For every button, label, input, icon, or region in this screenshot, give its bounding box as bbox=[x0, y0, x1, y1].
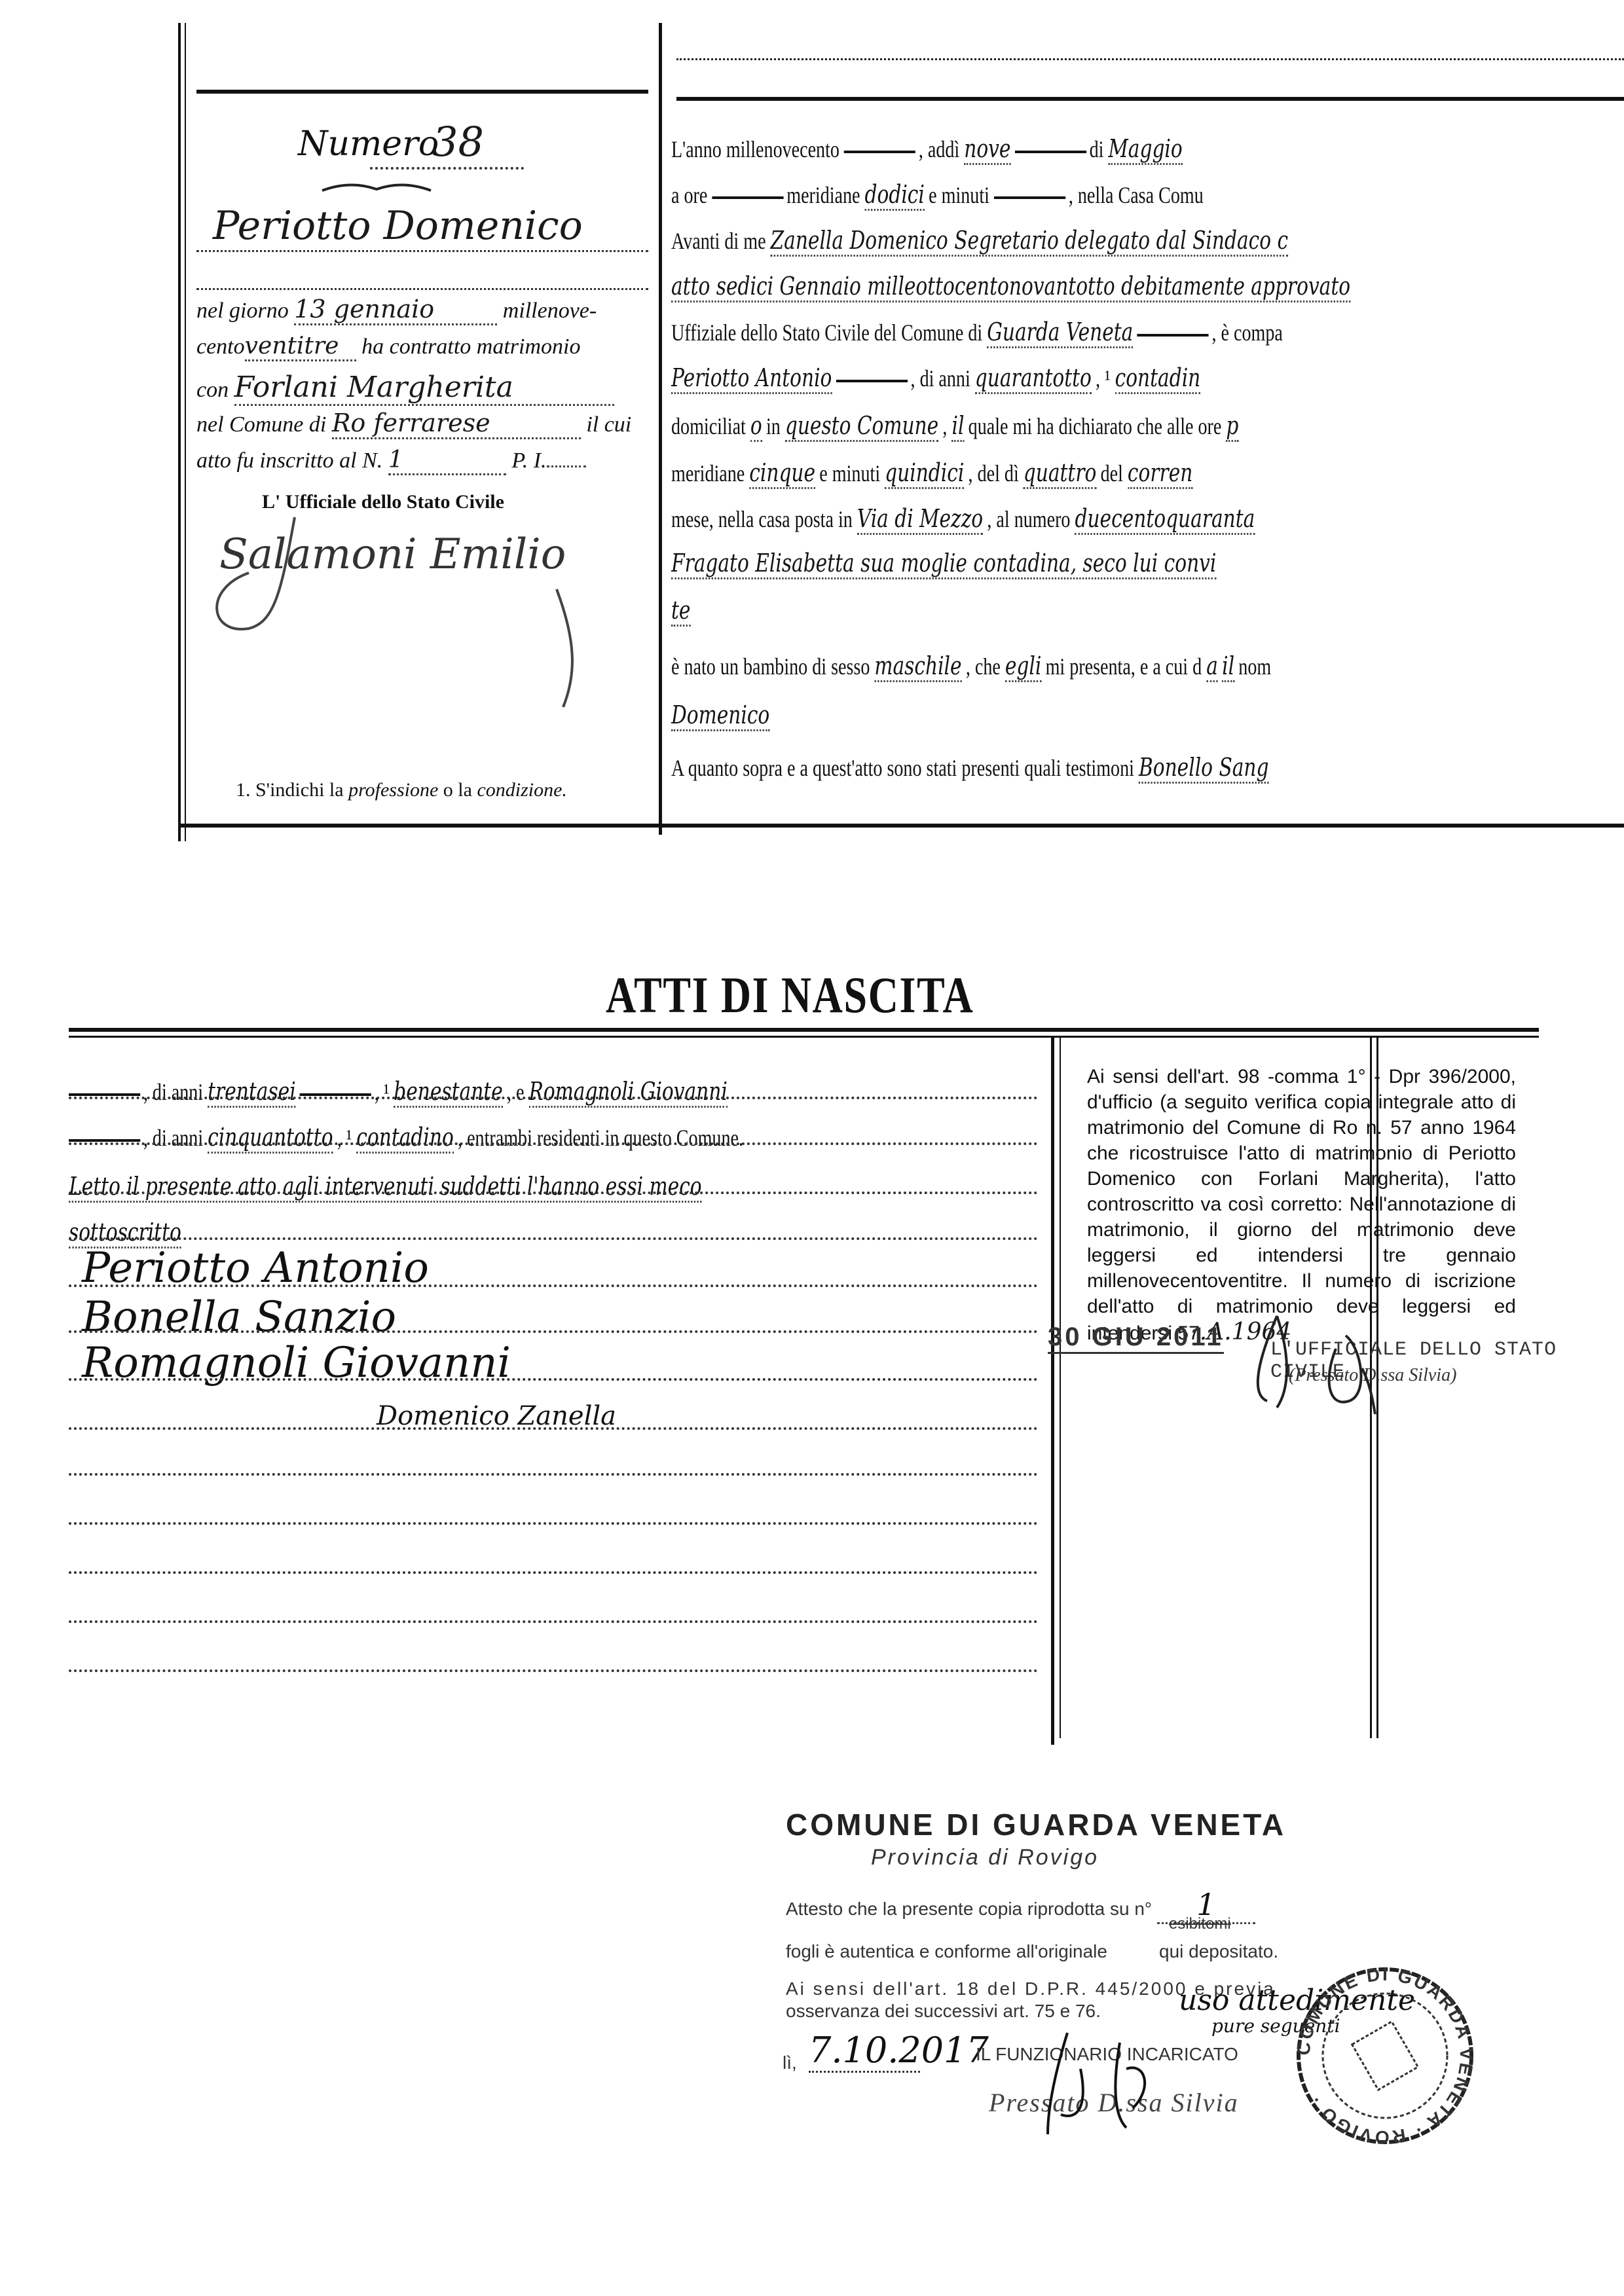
handwritten-entry: Periotto Antonio bbox=[671, 363, 832, 394]
cento-label: cento bbox=[196, 335, 245, 359]
printed-text: , di anni bbox=[143, 1125, 208, 1151]
stamp-line-4: osservanza dei successivi art. 75 e 76. bbox=[786, 2001, 1101, 2022]
column-divider bbox=[659, 23, 662, 835]
handwritten-entry: trentasei bbox=[208, 1077, 296, 1108]
form-line: atto sedici Gennaio milleottocentonovant… bbox=[671, 272, 1547, 302]
marriage-town-label: nel Comune di bbox=[196, 412, 326, 437]
child-name-underline bbox=[196, 250, 648, 252]
empty-dotted-line bbox=[69, 1669, 1038, 1672]
printed-text: , al numero bbox=[987, 506, 1075, 532]
officer-signature-mark bbox=[1231, 1309, 1414, 1421]
printed-text: , di anni bbox=[143, 1079, 208, 1105]
certification-stamp: COMUNE DI GUARDA VENETA Provincia di Rov… bbox=[773, 1807, 1624, 2265]
register-number-label: atto fu inscritto al N. bbox=[196, 448, 382, 473]
handwritten-entry: nove bbox=[964, 134, 1010, 165]
form-line-rule bbox=[69, 1142, 1038, 1145]
marriage-town-value: Ro ferrarese bbox=[332, 409, 581, 439]
handwritten-entry: Romagnoli Giovanni bbox=[529, 1077, 728, 1108]
handwritten-entry: corren bbox=[1128, 458, 1192, 489]
part-label: P. I. bbox=[511, 448, 546, 473]
form-line: è nato un bambino di sesso maschile, che… bbox=[671, 651, 1441, 682]
spouse-label: con bbox=[196, 378, 229, 402]
marriage-year-value: ventitre bbox=[245, 333, 356, 361]
handwritten-entry: Guarda Veneta bbox=[987, 318, 1133, 348]
form-line-rule bbox=[69, 1192, 1038, 1194]
title-rule bbox=[69, 1028, 1539, 1032]
signature-line bbox=[69, 1285, 1038, 1287]
blank-dash bbox=[300, 1093, 371, 1096]
form-line: L'anno millenovecento , addì novedi Magg… bbox=[671, 134, 1332, 165]
handwritten-entry: il bbox=[1222, 651, 1234, 682]
handwritten-entry: questo Comune bbox=[785, 411, 938, 442]
blank-dash bbox=[994, 196, 1065, 199]
printed-text: , addì bbox=[919, 136, 964, 162]
handwritten-entry: te bbox=[671, 596, 690, 627]
date-stamp: 30 GIU 2011 bbox=[1048, 1322, 1224, 1354]
top-rule-right bbox=[676, 97, 1624, 101]
stamp-header: COMUNE DI GUARDA VENETA bbox=[786, 1807, 1286, 1842]
printed-text: , entrambi residenti in questo Comune. bbox=[458, 1125, 743, 1151]
stamp-province: Provincia di Rovigo bbox=[871, 1845, 1099, 1870]
marriage-day-value: 13 gennaio bbox=[294, 295, 497, 325]
printed-text: , ¹ bbox=[375, 1079, 394, 1105]
numero-underline bbox=[370, 167, 524, 170]
form-line: mese, nella casa posta in Via di Mezzo, … bbox=[671, 504, 1425, 535]
form-line-rule bbox=[69, 1097, 1038, 1099]
stamp-date: 7.10.2017 bbox=[809, 2030, 920, 2073]
handwritten-entry: Maggio bbox=[1108, 134, 1182, 165]
printed-text: di bbox=[1090, 136, 1109, 162]
signature-flourish bbox=[210, 511, 602, 720]
svg-text:COMUNE DI GUARDA VENETA · ROVI: COMUNE DI GUARDA VENETA · ROVIGO · bbox=[1293, 1964, 1477, 2148]
form-line: Avanti di me Zanella Domenico Segretario… bbox=[671, 226, 1467, 257]
form-line: , di anni cinquantotto, ¹ contadino, ent… bbox=[69, 1123, 933, 1154]
contracted-marriage-label: ha contratto matrimonio bbox=[361, 335, 580, 359]
title-rule-thin bbox=[69, 1036, 1539, 1038]
handwritten-entry: p bbox=[1226, 411, 1238, 442]
empty-dotted-line bbox=[69, 1571, 1038, 1574]
il-cui-label: il cui bbox=[586, 412, 631, 437]
printed-text: nom bbox=[1238, 653, 1271, 680]
empty-dotted-line bbox=[69, 1473, 1038, 1476]
form-line-rule bbox=[69, 1237, 1038, 1240]
blank-dash bbox=[712, 196, 783, 199]
stamp-line-1-right: esibitomi bbox=[1169, 1915, 1231, 1933]
blank-dotted-line bbox=[196, 288, 648, 290]
blank-dash bbox=[844, 151, 915, 153]
correction-annotation: Ai sensi dell'art. 98 -comma 1° - Dpr 39… bbox=[1087, 1064, 1516, 1346]
printed-text: , ¹ bbox=[1096, 365, 1115, 392]
printed-text: e minuti bbox=[819, 460, 885, 486]
printed-text: Avanti di me bbox=[671, 228, 771, 254]
ornament-flourish bbox=[321, 180, 432, 197]
left-border bbox=[178, 23, 186, 841]
printed-text: domiciliat bbox=[671, 413, 750, 439]
top-dotted-rule bbox=[676, 58, 1624, 60]
printed-text: , del dì bbox=[969, 460, 1024, 486]
seal-text: COMUNE DI GUARDA VENETA · ROVIGO · bbox=[1293, 1964, 1477, 2148]
form-line: Periotto Antonio, di anni quarantotto, ¹… bbox=[671, 363, 1355, 394]
blank-dash bbox=[836, 380, 908, 382]
printed-text: L'anno millenovecento bbox=[671, 136, 844, 162]
footnote-text-b: o la bbox=[443, 779, 472, 801]
printed-text: a ore bbox=[671, 182, 712, 208]
printed-text: e minuti bbox=[929, 182, 994, 208]
annotation-divider bbox=[1051, 1038, 1054, 1745]
stamp-line-2-right: qui depositato. bbox=[1159, 1941, 1278, 1962]
printed-text: del bbox=[1101, 460, 1128, 486]
handwritten-entry: Domenico bbox=[671, 701, 769, 731]
marriage-note-line-2: centoventitre ha contratto matrimonio bbox=[196, 333, 580, 361]
officer-label: L' Ufficiale dello Stato Civile bbox=[262, 491, 504, 513]
form-line: Letto il presente atto agli intervenuti … bbox=[69, 1172, 885, 1203]
form-line: a ore meridiane dodicie minuti , nella C… bbox=[671, 180, 1354, 211]
handwritten-entry: contadin bbox=[1115, 363, 1201, 394]
empty-dotted-line bbox=[69, 1522, 1038, 1525]
handwritten-entry: contadino bbox=[356, 1123, 454, 1154]
handwritten-entry: egli bbox=[1005, 651, 1041, 682]
blank-dash bbox=[69, 1093, 140, 1096]
printed-text: in bbox=[766, 413, 785, 439]
bottom-rule bbox=[181, 824, 1624, 828]
signature-line bbox=[69, 1427, 1038, 1430]
printed-text: Uffiziale dello Stato Civile del Comune … bbox=[671, 319, 987, 346]
handwritten-entry: duecentoquaranta bbox=[1075, 504, 1255, 535]
printed-text: mi presenta, e a cui d bbox=[1046, 653, 1207, 680]
handwritten-entry: benestante bbox=[394, 1077, 502, 1108]
register-number-value: 1 bbox=[388, 446, 506, 475]
birth-act-body: L'anno millenovecento , addì novedi Magg… bbox=[671, 105, 1624, 812]
form-line: te bbox=[671, 596, 701, 627]
printed-text: meridiane bbox=[671, 460, 749, 486]
handwritten-entry: Via di Mezzo bbox=[857, 504, 983, 535]
form-line: Fragato Elisabetta sua moglie contadina,… bbox=[671, 549, 1375, 579]
footnote-number: 1. bbox=[236, 779, 251, 801]
marriage-note-line-3: con Forlani Margherita bbox=[196, 371, 614, 406]
printed-text: , che bbox=[966, 653, 1005, 680]
marriage-note-line-5: atto fu inscritto al N. 1 P. I. bbox=[196, 446, 586, 475]
marriage-day-label: nel giorno bbox=[196, 299, 289, 323]
footnote: 1. S'indichi la professione o la condizi… bbox=[236, 779, 567, 801]
child-name: Periotto Domenico bbox=[213, 203, 583, 249]
handwritten-entry: quattro bbox=[1024, 458, 1097, 489]
page-title: ATTI DI NASCITA bbox=[606, 966, 974, 1025]
footnote-italic-b: condizione. bbox=[477, 779, 566, 801]
form-line: , di anni trentasei, ¹ benestante, e Rom… bbox=[69, 1077, 919, 1108]
printed-text: , ¹ bbox=[337, 1125, 356, 1151]
top-rule-left bbox=[196, 90, 648, 94]
form-line: Domenico bbox=[671, 701, 803, 731]
printed-text: meridiane bbox=[786, 182, 864, 208]
signature-line bbox=[69, 1378, 1038, 1381]
printed-text: , e bbox=[507, 1079, 529, 1105]
marriage-year-label: millenove- bbox=[503, 299, 597, 323]
marginal-notes-column: Numero 38 Periotto Domenico nel giorno 1… bbox=[196, 105, 648, 812]
blank-dash bbox=[69, 1139, 140, 1142]
handwritten-entry: Zanella Domenico Segretario delegato dal… bbox=[771, 226, 1289, 257]
handwritten-entry: cinque bbox=[749, 458, 815, 489]
blank-dash bbox=[1015, 151, 1086, 153]
empty-dotted-line bbox=[69, 1620, 1038, 1623]
printed-text: quale mi ha dichiarato che alle ore bbox=[969, 413, 1227, 439]
printed-text: , bbox=[942, 413, 951, 439]
form-line: A quanto sopra e a quest'atto sono stati… bbox=[671, 753, 1443, 784]
printed-text: , di anni bbox=[911, 365, 975, 392]
handwritten-entry: o bbox=[750, 411, 762, 442]
handwritten-entry: quarantotto bbox=[975, 363, 1092, 394]
handwritten-entry: Fragato Elisabetta sua moglie contadina,… bbox=[671, 549, 1216, 579]
stamp-line-2: fogli è autentica e conforme all'origina… bbox=[786, 1941, 1107, 1962]
handwritten-entry: dodici bbox=[865, 180, 925, 211]
handwritten-entry: Bonello Sang bbox=[1139, 753, 1269, 784]
stamp-line-1-text: Attesto che la presente copia riprodotta… bbox=[786, 1899, 1152, 1919]
spouse-name: Forlani Margherita bbox=[234, 371, 614, 406]
annotation-left-border bbox=[1060, 1038, 1061, 1738]
printed-text: , nella Casa Comu bbox=[1069, 182, 1204, 208]
witnesses-column: , di anni trentasei, ¹ benestante, e Rom… bbox=[69, 1048, 1048, 1702]
handwritten-entry: atto sedici Gennaio milleottocentonovant… bbox=[671, 272, 1350, 302]
printed-text: , è compa bbox=[1211, 319, 1282, 346]
signature-line bbox=[69, 1330, 1038, 1333]
handwritten-entry: il bbox=[951, 411, 964, 442]
form-line: Uffiziale dello Stato Civile del Comune … bbox=[671, 318, 1455, 348]
form-line: meridiane cinquee minuti quindici, del d… bbox=[671, 458, 1345, 489]
handwritten-entry: quindici bbox=[885, 458, 964, 489]
annotation-text: Ai sensi dell'art. 98 -comma 1° - Dpr 39… bbox=[1087, 1066, 1516, 1344]
marriage-note-line-4: nel Comune di Ro ferrarese il cui bbox=[196, 409, 631, 439]
form-line: domiciliat oin questo Comune, ilquale mi… bbox=[671, 411, 1404, 442]
numero-value: 38 bbox=[432, 118, 484, 166]
handwritten-entry: maschile bbox=[874, 651, 961, 682]
printed-text: mese, nella casa posta in bbox=[671, 506, 857, 532]
witness-signature: Bonella Sanzio bbox=[82, 1293, 396, 1341]
handwritten-entry: Letto il presente atto agli intervenuti … bbox=[69, 1172, 702, 1203]
footnote-text-a: S'indichi la bbox=[255, 779, 344, 801]
marriage-note-line-1: nel giorno 13 gennaio millenove- bbox=[196, 295, 597, 325]
footnote-italic-a: professione bbox=[348, 779, 438, 801]
stamp-signature bbox=[1022, 2030, 1179, 2141]
numero-label: Numero bbox=[298, 124, 439, 164]
handwritten-entry: a bbox=[1206, 651, 1218, 682]
municipal-seal-icon: COMUNE DI GUARDA VENETA · ROVIGO · bbox=[1290, 1961, 1480, 2151]
stamp-date-prefix: lì, bbox=[783, 2052, 797, 2073]
printed-text: è nato un bambino di sesso bbox=[671, 653, 874, 680]
printed-text: A quanto sopra e a quest'atto sono stati… bbox=[671, 755, 1139, 781]
handwritten-entry: cinquantotto bbox=[208, 1123, 333, 1154]
blank-dash bbox=[1137, 334, 1209, 337]
